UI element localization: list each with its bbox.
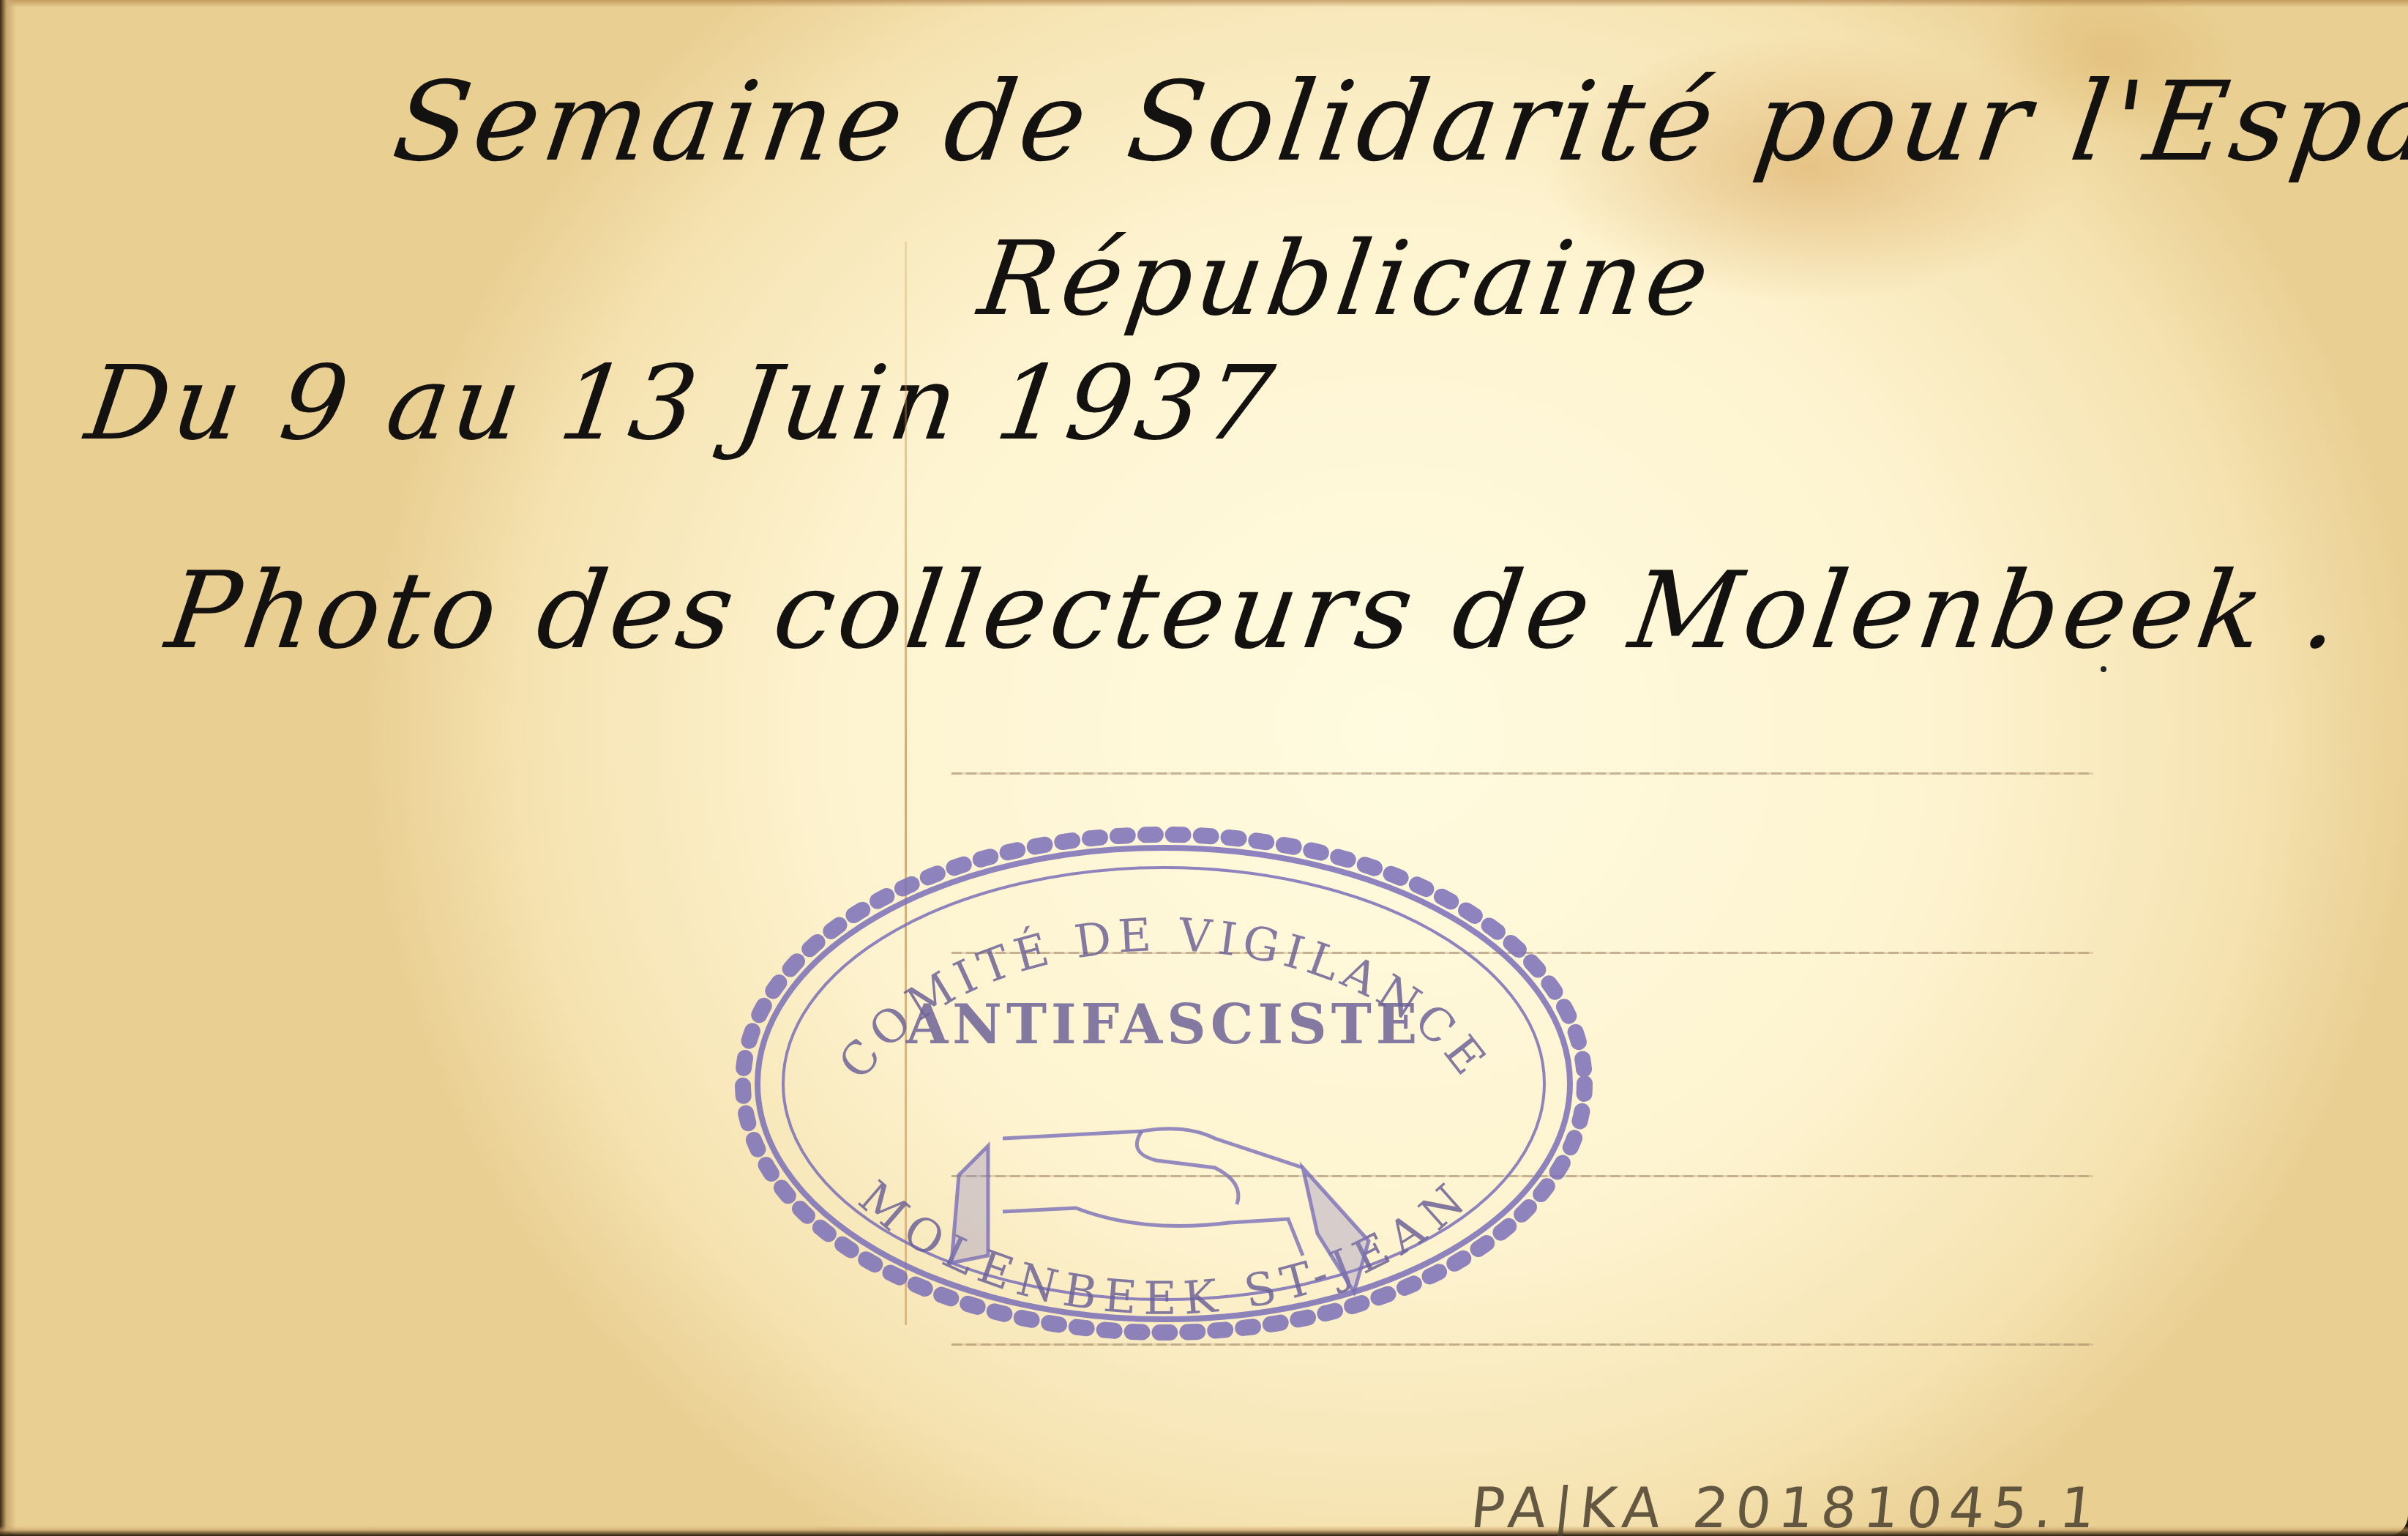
address-line-4 <box>951 1343 2093 1346</box>
postcard-back: Semaine de Solidarité pour l'Espagne Rép… <box>0 0 2408 1536</box>
rubber-stamp: COMITÉ DE VIGILANCE MOLENBEEK ST-JEAN AN… <box>732 824 1596 1343</box>
catalog-number: PA|KA 20181045.1 <box>1467 1475 2106 1536</box>
card-edge-left <box>0 0 16 1536</box>
address-line-1 <box>951 772 2093 775</box>
ink-dot <box>2101 666 2106 672</box>
stamp-center-text: ANTIFASCISTE <box>905 993 1421 1056</box>
handwritten-title-line: Semaine de Solidarité pour l'Espagne <box>386 59 2408 186</box>
handwritten-subtitle-line: Républicaine <box>973 220 1721 339</box>
handwritten-date-line: Du 9 au 13 Juin 1937 <box>80 344 1285 463</box>
handwritten-caption-line: Photo des collecteurs de Molenbeek . <box>160 549 2352 673</box>
card-edge-top <box>0 0 2408 7</box>
